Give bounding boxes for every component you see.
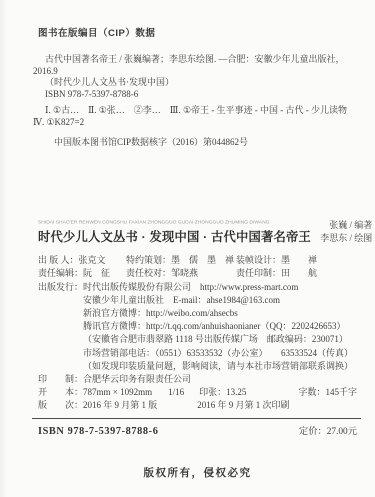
credits-row-2: 责任编辑：阮 征 责任校对：邹晓燕 责任印制：田 航 (38, 267, 357, 280)
sina-weibo-line: 新浪官方微博：http://weibo.com/ahsecbs (38, 307, 357, 320)
price: 定价：27.00元 (299, 423, 357, 437)
cip-classification-line-2: Ⅳ. ①K827=2 (33, 117, 357, 129)
divider-rule (32, 418, 361, 419)
copyright-page: 图书在版编目（CIP）数据 古代中国著名帝王 / 张巍编著；李思东绘图. —合肥… (0, 0, 375, 497)
cip-series-line: （时代少儿人文丛书·发现中国） (33, 77, 357, 89)
isbn-row: ISBN 978-7-5397-8788-6 定价：27.00元 (38, 423, 357, 437)
printing-info: 2016 年 9 月第 1 次印刷 (197, 399, 289, 412)
byline-block: 张巍 / 编著 李思东 / 绘图 (320, 219, 372, 245)
cip-year-line: 2016.9 (33, 66, 357, 78)
copyright-notice: 版权所有，侵权必究 (38, 465, 357, 480)
title-left: SHIDAI SHAO'ER RENWEN CONGSHU FAXIAN ZHO… (38, 219, 320, 245)
edition-row: 版 次：2016 年 9 月第 1 版 2016 年 9 月第 1 次印刷 (38, 399, 357, 412)
cip-block: 古代中国著名帝王 / 张巍编著；李思东绘图. —合肥：安徽少年儿童出版社， 20… (33, 54, 357, 148)
print-sheets: 印张：13.25 (199, 386, 246, 399)
cip-isbn-line: ISBN 978-7-5397-8788-6 (33, 89, 357, 101)
cip-heading: 图书在版编目（CIP）数据 (38, 25, 357, 39)
title-block: SHIDAI SHAO'ER RENWEN CONGSHU FAXIAN ZHO… (38, 219, 357, 245)
responsible-editor: 责任编辑：阮 征 (38, 267, 126, 280)
address-line: （安徽省合肥市翡翠路 1118 号出版传媒广场 邮政编码：230071） (38, 333, 357, 346)
format-fraction: 1/16 (168, 386, 184, 399)
edition-info: 版 次：2016 年 9 月第 1 版 (38, 399, 157, 412)
cip-title-line: 古代中国著名帝王 / 张巍编著；李思东绘图. —合肥：安徽少年儿童出版社， (33, 54, 357, 66)
tencent-weibo-line: 腾讯官方微博：http://t.qq.com/anhuishaonianer（Q… (38, 320, 357, 333)
special-planning: 特约策划：墨 儒 墨 禅 (126, 254, 236, 267)
format-size: 开 本：787mm × 1092mm (38, 386, 152, 399)
printer-line: 印 制：合肥华云印务有限责任公司 (38, 373, 357, 386)
word-count: 字数：145千字 (298, 386, 357, 399)
author-credit: 张巍 / 编著 (320, 219, 372, 232)
print-supervisor: 责任印制：田 航 (236, 267, 357, 280)
format-row: 开 本：787mm × 1092mm 1/16 印张：13.25 字数：145千… (38, 386, 357, 399)
publisher-person: 出 版 人：张克文 (38, 254, 126, 267)
cip-record-number: 中国版本图书馆CIP数据核字（2016）第044862号 (33, 137, 357, 149)
credits-row-1: 出 版 人：张克文 特约策划：墨 儒 墨 禅 装帧设计：墨 禅 (38, 254, 357, 267)
illustrator-credit: 李思东 / 绘图 (320, 232, 372, 245)
cip-classification-line-1: Ⅰ. ①古… Ⅱ. ①张… ②李… Ⅲ. ①帝王 - 生平事迹 - 中国 - 古… (33, 105, 357, 117)
proofreader: 责任校对：邹晓燕 (126, 267, 236, 280)
publication-info: 出 版 人：张克文 特约策划：墨 儒 墨 禅 装帧设计：墨 禅 责任编辑：阮 征… (38, 254, 357, 412)
quality-notice-line: （如发现印装质量问题，影响阅读，请与本社市场营销部联系调换） (38, 360, 357, 373)
press-email-line: 安徽少年儿童出版社 E-mail：ahse1984@163.com (38, 294, 357, 307)
binding-design: 装帧设计：墨 禅 (236, 254, 357, 267)
book-title: 时代少儿人文丛书 · 发现中国 · 古代中国著名帝王 (38, 227, 320, 245)
series-pinyin: SHIDAI SHAO'ER RENWEN CONGSHU FAXIAN ZHO… (38, 220, 269, 225)
marketing-phone-line: 市场营销部电话：（0551）63533532（办公室） 63533524（传真） (38, 347, 357, 360)
publisher-line: 出版发行：时代出版传媒股份有限公司 http://www.press-mart.… (38, 281, 357, 294)
isbn-number: ISBN 978-7-5397-8788-6 (38, 426, 158, 437)
